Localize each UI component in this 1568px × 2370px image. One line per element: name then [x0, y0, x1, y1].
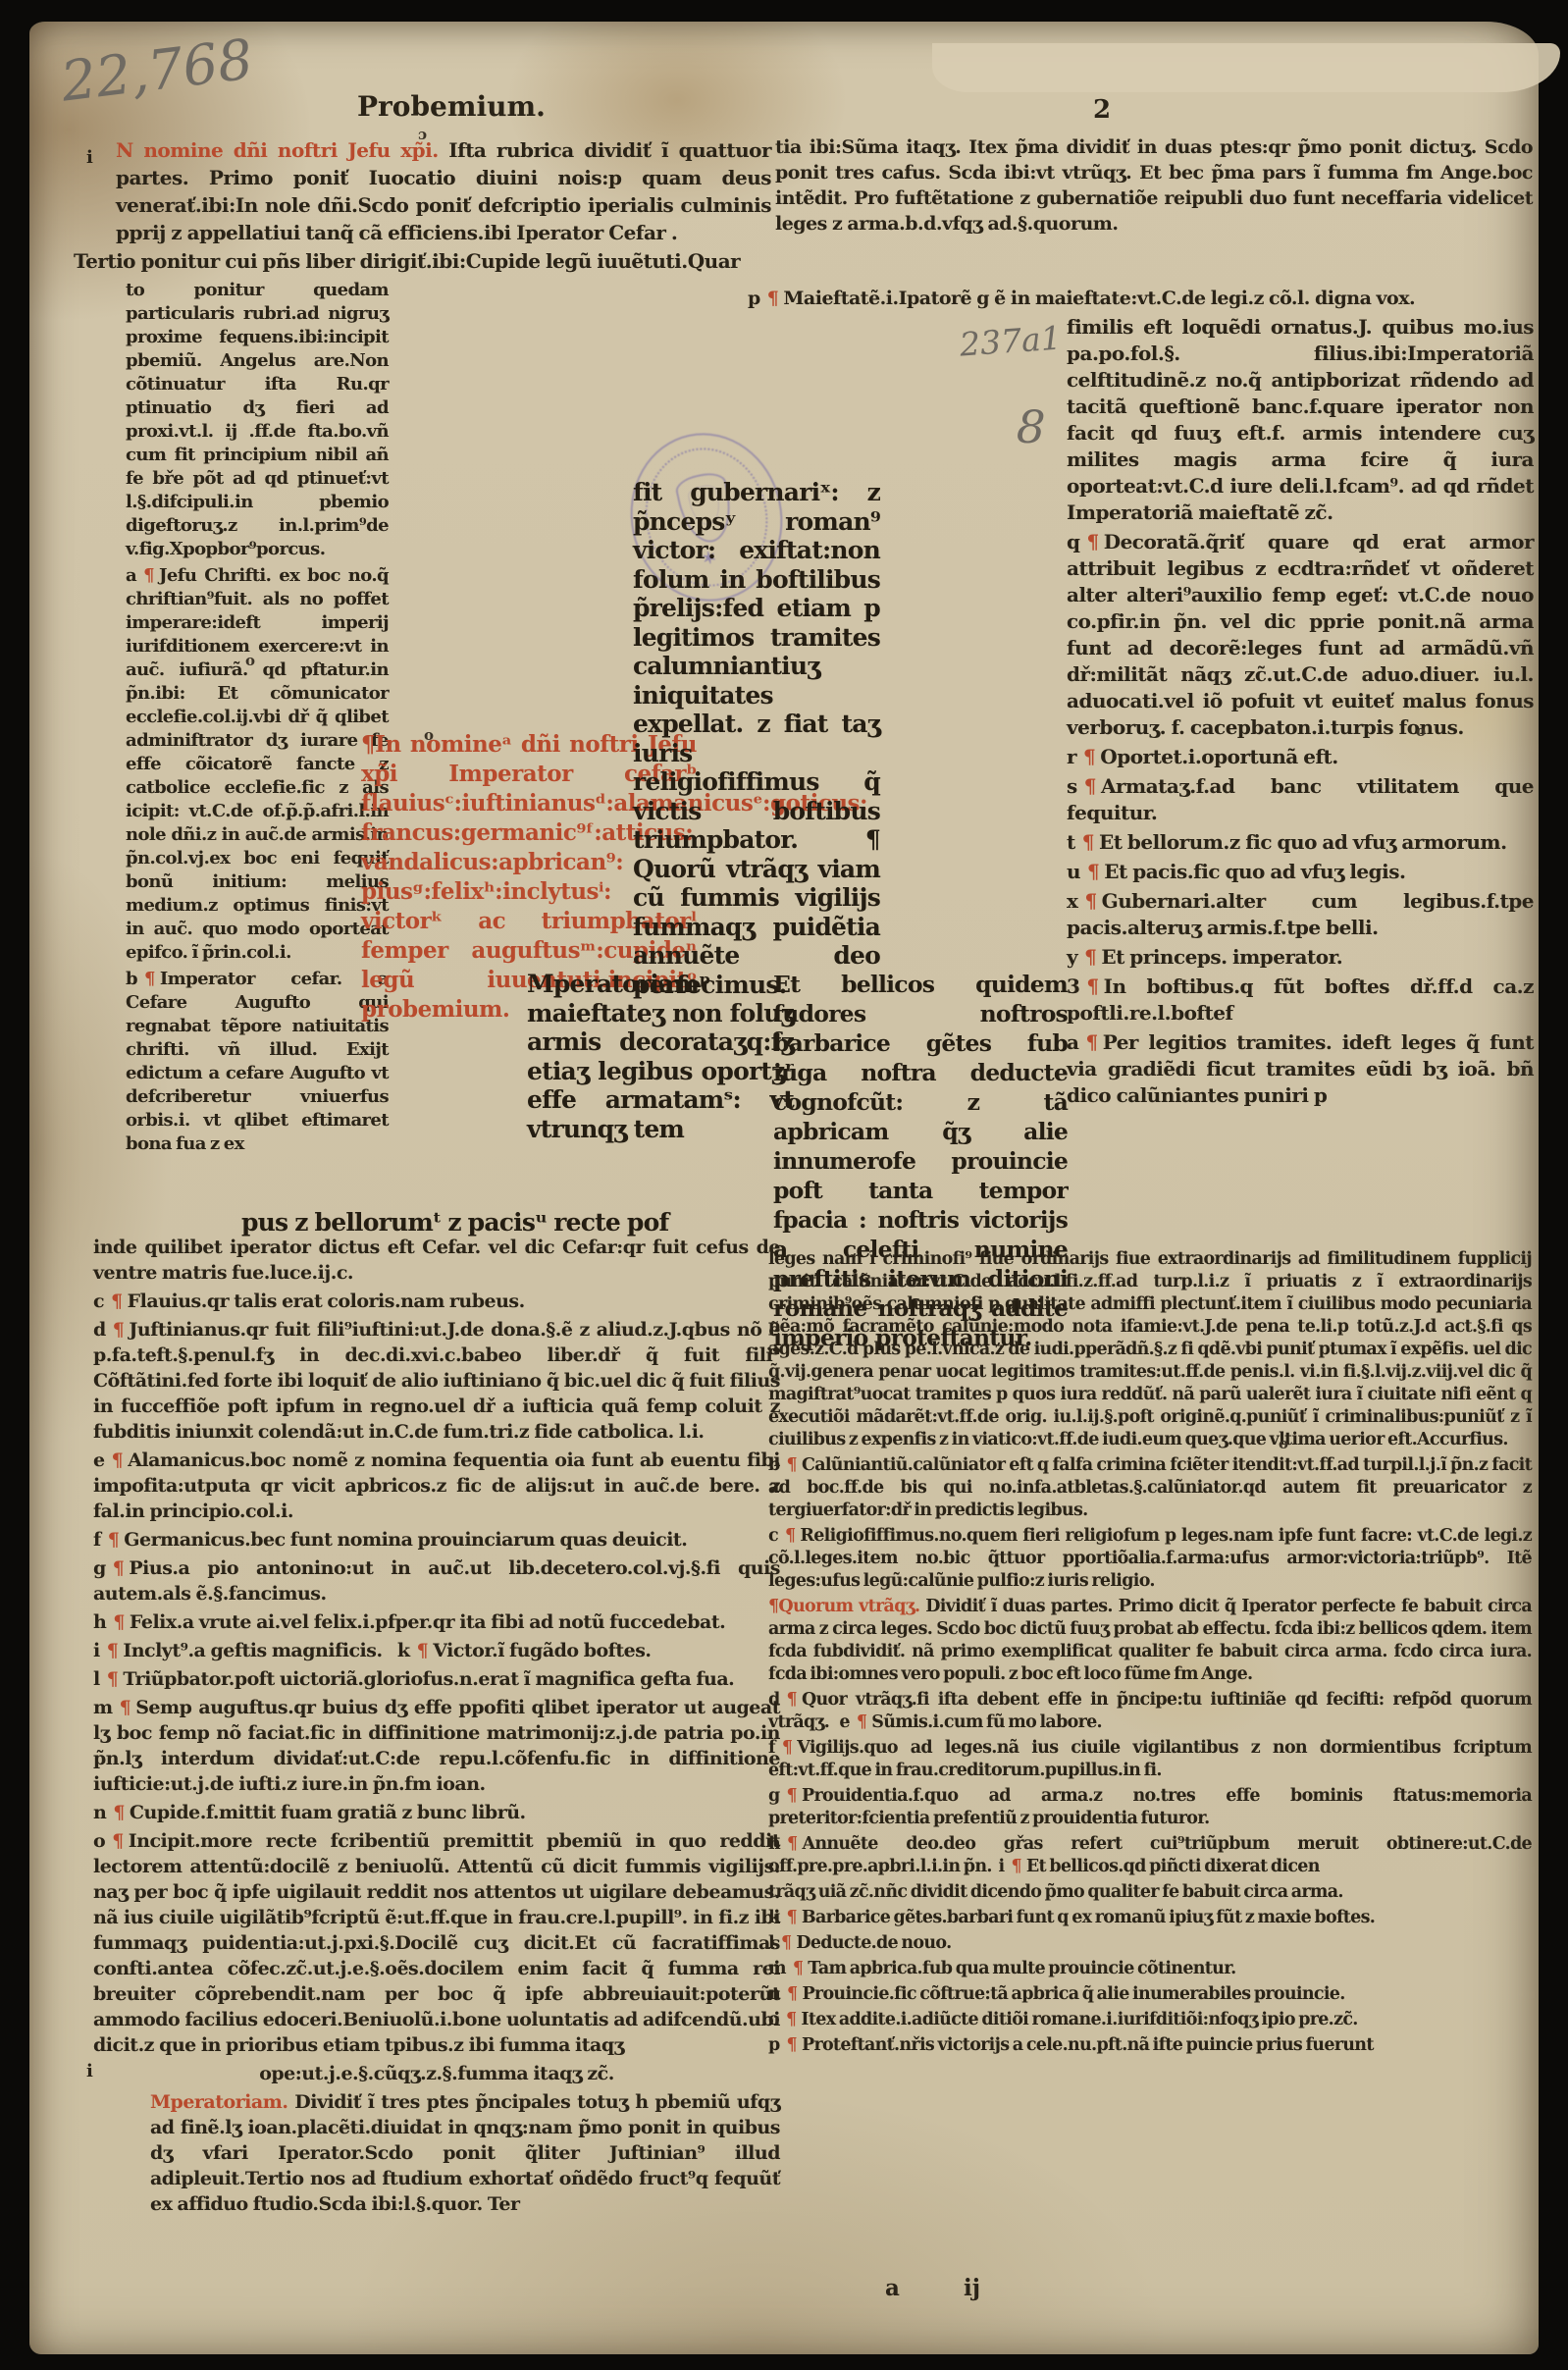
red-lemma: ¶Quorum vtrãqʒ.	[768, 1597, 919, 1616]
gloss-letter: i	[93, 1640, 107, 1661]
gloss-text: Maieftatẽ.i.Ipatorẽ g ẽ in maieftate:vt.…	[783, 288, 1415, 309]
continuation-line: trãqʒ uiã zc̃.nñc dividit dicendo p̃mo q…	[768, 1881, 1532, 1904]
gloss-letter: m	[768, 1959, 793, 1978]
pilcrow-icon: ¶	[108, 1529, 125, 1551]
right-narrow-gloss-column: fimilis eft loquẽdi ornatus.J. quibus mo…	[1067, 314, 1534, 1112]
gloss-entry-o: o¶Incipit.more recte fcribentiũ premitti…	[93, 1828, 780, 2058]
pilcrow-icon: ¶	[417, 1640, 434, 1661]
gloss-entry-g2: g¶Prouidentia.f.quo ad arma.z no.tres ef…	[768, 1785, 1532, 1830]
gloss-entry-n2: n¶Prouincie.fic cõftrue:tã apbrica q̃ al…	[768, 1983, 1532, 2006]
gloss-text: Tam apbrica.fub qua multe prouincie cõti…	[808, 1959, 1235, 1978]
pilcrow-icon: ¶	[786, 2010, 801, 2029]
gloss-text: Incipit.more recte fcribentiũ premittit …	[93, 1830, 780, 2056]
gloss-letter: q	[1067, 530, 1086, 553]
signature-letter: a	[885, 2275, 900, 2301]
gloss-letter: c	[768, 1526, 785, 1546]
pilcrow-icon: ¶	[787, 1834, 802, 1854]
gloss-letter: i	[999, 1857, 1012, 1876]
left-intro-line: Tertio ponitur cui pñs liber dirigiť.ibi…	[74, 247, 774, 275]
gloss-entry-f: f¶Germanicus.bec funt nomina prouinciaru…	[93, 1527, 780, 1553]
gloss-letter: x	[1067, 889, 1084, 913]
gloss-letter: p	[768, 2035, 787, 2055]
pilcrow-icon: ¶	[787, 1786, 802, 1806]
gloss-letter: n	[93, 1802, 113, 1823]
gloss-text: Religiofiffimus.no.quem fieri religiofum…	[768, 1526, 1532, 1591]
gloss-text: Semp auguftus.qr buius dʒ effe ppofiti q…	[93, 1697, 780, 1795]
gloss-entry-f2: f¶Vigilijs.quo ad leges.nã ius ciuile vi…	[768, 1737, 1532, 1782]
gloss-entry-a2: a¶Per legitios tramites. ideft leges q̃ …	[1067, 1029, 1534, 1109]
gloss-entry-d: d¶Juftinianus.qr fuit fili⁹iuftini:ut.J.…	[93, 1317, 780, 1445]
handwritten-numeral: 8	[1016, 400, 1046, 454]
gloss-text: Oportet.i.oportunã eft.	[1100, 745, 1337, 768]
pilcrow-icon: ¶	[113, 1611, 130, 1633]
gloss-letter: h	[768, 1834, 787, 1854]
gloss-text: Deducte.de nouo.	[796, 1933, 951, 1953]
gloss-entry-a: a¶Jefu Chrifti. ex boc no.q̃ chriftian⁹f…	[126, 564, 389, 965]
gloss-letter: y	[1067, 945, 1084, 969]
pilcrow-icon: ¶	[1084, 889, 1101, 913]
gloss-letter: e	[839, 1712, 856, 1732]
rubric-invocation: N nomine dñi noftri Jefu xp̃i.	[116, 138, 439, 162]
gloss-letter: g	[93, 1557, 113, 1579]
gloss-entry-m: m¶Semp auguftus.qr buius dʒ effe ppofiti…	[93, 1695, 780, 1797]
gloss-text: Inclyt⁹.a geftis magnificis.	[123, 1640, 382, 1661]
pilcrow-icon: ¶	[793, 1959, 808, 1978]
ink-mark: o	[424, 726, 434, 744]
pilcrow-icon: ¶	[112, 1449, 129, 1471]
gloss-letter: u	[1067, 860, 1087, 883]
gloss-letter: d	[93, 1319, 113, 1341]
pilcrow-icon: ¶	[785, 1526, 800, 1546]
pilcrow-icon: ¶	[787, 1455, 802, 1475]
gloss-text: Imperator cefar. a Cefare Augufto qui re…	[126, 969, 389, 1154]
quorum-summary: ¶Quorum vtrãqʒ. Dividiť ĩ duas partes. P…	[768, 1596, 1532, 1686]
ink-mark: o	[1279, 1435, 1288, 1452]
gloss-text: Jefu Chrifti. ex boc no.q̃ chriftian⁹fui…	[126, 565, 389, 963]
gloss-entry-y: y¶Et princeps. imperator.	[1067, 944, 1534, 971]
gloss-letter: c	[93, 1290, 111, 1312]
gloss-text: Germanicus.bec funt nomina prouinciarum …	[124, 1529, 687, 1551]
pilcrow-icon: ¶	[1085, 1030, 1102, 1054]
pilcrow-icon: ¶	[1011, 1857, 1025, 1876]
gloss-entry-z: 3¶In boftibus.q fũt boftes dř.ff.d ca.z …	[1067, 974, 1534, 1027]
gloss-entry-t: t¶Et bellorum.z fic quo ad vfuʒ armorum.	[1067, 829, 1534, 856]
pilcrow-icon: ¶	[1084, 945, 1101, 969]
gloss-letter: p	[748, 288, 767, 309]
pilcrow-icon: ¶	[787, 1690, 802, 1710]
gloss-letter: l	[768, 1933, 781, 1953]
pilcrow-icon: ¶	[113, 1319, 130, 1341]
gloss-text: Vigilijs.quo ad leges.nã ius ciuile vigi…	[768, 1738, 1532, 1780]
gloss-text: Pius.a pio antonino:ut in auc̃.ut lib.de…	[93, 1557, 780, 1605]
gloss-text: Itex addite.i.adiũcte ditiõi romane.i.iu…	[801, 2010, 1357, 2029]
gloss-b-continuation: inde quilibet iperator dictus eft Cefar.…	[93, 1235, 780, 1286]
pilcrow-icon: ¶	[113, 1557, 130, 1579]
gloss-text: Et pacis.fic quo ad vfuʒ legis.	[1104, 860, 1405, 883]
gloss-entry-s: s¶Armataʒ.f.ad banc vtilitatem que fequi…	[1067, 773, 1534, 826]
gloss-entry-b: b¶Imperator cefar. a Cefare Augufto qui …	[126, 968, 389, 1156]
gloss-text: Triũpbator.poft uictoriã.gloriofus.n.era…	[123, 1668, 734, 1690]
margin-letter: i	[86, 2061, 93, 2081]
pilcrow-icon: ¶	[1082, 830, 1099, 854]
gloss-entry-x: x¶Gubernari.alter cum legibus.f.tpe paci…	[1067, 888, 1534, 941]
pilcrow-icon: ¶	[787, 2035, 802, 2055]
pilcrow-icon: ¶	[107, 1668, 124, 1690]
right-wide-gloss-column: leges nam ĩ criminofi⁹ fiue ordinarijs f…	[768, 1248, 1532, 2060]
gloss-letter: t	[1067, 830, 1082, 854]
pilcrow-icon: ¶	[1083, 745, 1100, 768]
pilcrow-icon: ¶	[787, 1984, 802, 2004]
gloss-letter: k	[768, 1908, 786, 1927]
gloss-text: Juftinianus.qr fuit fili⁹iuftini:ut.J.de…	[93, 1319, 780, 1443]
gloss-entry-h: h¶Felix.a vrute ai.vel felix.i.pfper.qr …	[93, 1609, 780, 1635]
gloss-text: Et bellicos.qd piñcti dixerat dicen	[1026, 1857, 1320, 1876]
gloss-letter: b	[126, 969, 144, 989]
gloss-letter: a	[126, 565, 143, 586]
gloss-entry-u: u¶Et pacis.fic quo ad vfuʒ legis.	[1067, 859, 1534, 885]
gloss-letter: m	[93, 1697, 120, 1718]
gloss-entry-c: c¶Flauius.qr talis erat coloris.nam rube…	[93, 1289, 780, 1314]
gloss-letter: n	[768, 1984, 787, 2004]
gloss-entry-l: l¶Triũpbator.poft uictoriã.gloriofus.n.e…	[93, 1666, 780, 1692]
running-header: Probemium.	[357, 90, 546, 123]
gloss-entry-p2: p¶Proteftanť.nřis victorijs a cele.nu.pf…	[768, 2034, 1532, 2057]
gloss-letter: e	[93, 1449, 112, 1471]
gloss-letter: b	[768, 1455, 787, 1475]
gloss-text: Per legitios tramites. ideft leges q̃ fu…	[1067, 1030, 1534, 1107]
gloss-entry-d2-e2: d¶Quor vtrãqʒ.fi ifta debent effe in p̃n…	[768, 1689, 1532, 1734]
pilcrow-icon: ¶	[782, 1738, 797, 1758]
pilcrow-icon: ¶	[781, 1933, 796, 1953]
right-intro-paragraph: tia ibi:Sũma itaqʒ. Itex p̃ma dividiť in…	[775, 134, 1533, 237]
gloss-text: Gubernari.alter cum legibus.f.tpe pacis.…	[1067, 889, 1534, 939]
gloss-text: In boftibus.q fũt boftes dř.ff.d ca.z po…	[1067, 974, 1534, 1025]
pilcrow-icon: ¶	[1086, 974, 1103, 998]
gloss-entry-o2: o¶Itex addite.i.adiũcte ditiõi romane.i.…	[768, 2009, 1532, 2031]
pilcrow-icon: ¶	[143, 565, 159, 586]
gloss-text: Alamanicus.boc nomẽ z nomina fequentia o…	[93, 1449, 780, 1522]
pilcrow-icon: ¶	[1084, 774, 1101, 798]
pilcrow-icon: ¶	[767, 288, 784, 309]
gloss-letter: f	[93, 1529, 108, 1551]
gloss-entry-e: e¶Alamanicus.boc nomẽ z nomina fequentia…	[93, 1448, 780, 1524]
gloss-text: Armataʒ.f.ad banc vtilitatem que fequitu…	[1067, 774, 1534, 824]
gloss-letter: f	[768, 1738, 782, 1758]
operatoriam-summary: Mperatoriam. Dividiť ĩ tres ptes p̃ncipa…	[93, 2089, 780, 2217]
gloss-letter: s	[1067, 774, 1084, 798]
gloss-letter: k	[397, 1640, 417, 1661]
gloss-entry-h2-i2: h¶Annuẽte deo.deo gřas refert cui⁹triũpb…	[768, 1833, 1532, 1878]
gloss-letter: r	[1067, 745, 1083, 768]
gloss-letter: 3	[1067, 974, 1086, 998]
pilcrow-icon: ¶	[786, 1908, 801, 1927]
pilcrow-icon: ¶	[111, 1290, 128, 1312]
gloss-letter: l	[93, 1668, 107, 1690]
pilcrow-icon: ¶	[144, 969, 160, 989]
gloss-text: Et bellorum.z fic quo ad vfuʒ armorum.	[1099, 830, 1507, 854]
gloss-letter: d	[768, 1690, 787, 1710]
institutes-text-opening: Mperatoriamᵖ maieftateʒ non foluʒ armis …	[527, 970, 794, 1143]
left-wide-gloss-column: inde quilibet iperator dictus eft Cefar.…	[93, 1235, 780, 2220]
signature-numeral: ij	[964, 2275, 980, 2301]
gloss-entry-n: n¶Cupide.f.mittit fuam gratiã z bunc lib…	[93, 1800, 780, 1825]
gloss-entry-r: r¶Oportet.i.oportunã eft.	[1067, 744, 1534, 770]
gloss-entry-g: g¶Pius.a pio antonino:ut in auc̃.ut lib.…	[93, 1555, 780, 1606]
gloss-entry-c2: c¶Religiofiffimus.no.quem fieri religiof…	[768, 1525, 1532, 1593]
gloss-text: Cupide.f.mittit fuam gratiã z bunc librũ…	[130, 1802, 526, 1823]
gloss-letter: o	[93, 1830, 112, 1852]
red-lemma: Mperatoriam.	[150, 2091, 287, 2113]
institutes-text-wide-line: pus z bellorumᵗ z pacisᵘ recte pof	[241, 1208, 791, 1238]
pilcrow-icon: ¶	[857, 1712, 871, 1732]
gloss-entry-q: q¶Decoratã.q̃riť quare qd erat armor att…	[1067, 529, 1534, 741]
left-intro-paragraph: N nomine dñi noftri Jefu xp̃i. Ifta rubr…	[116, 136, 771, 246]
ink-mark: o	[245, 652, 255, 669]
gloss-text: Prouidentia.f.quo ad arma.z no.tres effe…	[768, 1786, 1532, 1828]
pilcrow-icon: ¶	[112, 1830, 129, 1852]
gloss-p-continuation: fimilis eft loquẽdi ornatus.J. quibus mo…	[1067, 314, 1534, 526]
gloss-text: Barbarice gẽtes.barbari funt q ex romanũ…	[802, 1908, 1375, 1927]
gloss-text: Decoratã.q̃riť quare qd erat armor attri…	[1067, 530, 1534, 739]
gloss-letter: g	[768, 1786, 787, 1806]
gloss-text: Sũmis.i.cum fũ mo labore.	[871, 1712, 1102, 1732]
pilcrow-icon: ¶	[1086, 530, 1103, 553]
gloss-text: Proteftanť.nřis victorijs a cele.nu.pft.…	[802, 2035, 1374, 2055]
scanned-book-photo: Probemium. ɔ 2 22,768 237a1 8 ✶ i N nomi…	[0, 0, 1568, 2370]
gloss-letter: a	[1067, 1030, 1085, 1054]
gloss-text: Prouincie.fic cõftrue:tã apbrica q̃ alie…	[802, 1984, 1344, 2004]
gloss-entry-p-lead: p¶Maieftatẽ.i.Ipatorẽ g ẽ in maieftate:v…	[748, 286, 1533, 311]
gloss-text: Felix.a vrute ai.vel felix.i.pfper.qr it…	[130, 1611, 725, 1633]
gloss-text: Flauius.qr talis erat coloris.nam rubeus…	[128, 1290, 525, 1312]
pilcrow-icon: ¶	[120, 1697, 136, 1718]
gloss-text: Et princeps. imperator.	[1101, 945, 1342, 969]
handwritten-shelfmark: 237a1	[959, 318, 1063, 363]
institutes-text-right-column: fit gubernariˣ: z p̃ncepsʸ roman⁹ victor…	[633, 478, 880, 999]
gloss-entry-k2: k¶Barbarice gẽtes.barbari funt q ex roma…	[768, 1907, 1532, 1929]
pilcrow-icon: ¶	[113, 1802, 130, 1823]
gloss-entry-i-k: i¶Inclyt⁹.a geftis magnificis. k¶Victor.…	[93, 1638, 780, 1663]
gloss-letter: o	[768, 2010, 786, 2029]
calumnia-block: leges nam ĩ criminofi⁹ fiue ordinarijs f…	[768, 1248, 1532, 1451]
gloss-letter: h	[93, 1611, 113, 1633]
pilcrow-icon: ¶	[107, 1640, 124, 1661]
torn-top-edge	[932, 43, 1560, 92]
gloss-entry-m2: m¶Tam apbrica.fub qua multe prouincie cõ…	[768, 1958, 1532, 1980]
folio-number: 2	[1093, 95, 1111, 125]
gloss-continuation: to ponitur quedam particularis rubri.ad …	[126, 279, 389, 561]
margin-letter: i	[86, 147, 93, 168]
gloss-entry-l2: l¶Deducte.de nouo.	[768, 1932, 1532, 1955]
pilcrow-icon: ¶	[1087, 860, 1104, 883]
ink-mark: o	[1416, 722, 1426, 740]
gloss-text: Victor.ĩ fugãdo boftes.	[433, 1640, 651, 1661]
centered-citation-line: ope:ut.j.e.§.cũqʒ.z.§.fumma itaqʒ zc̃.	[93, 2061, 780, 2086]
left-narrow-gloss-column: to ponitur quedam particularis rubri.ad …	[126, 279, 389, 1159]
gloss-text: Calũniantiũ.calũniator eft q falfa crimi…	[768, 1455, 1532, 1520]
gloss-entry-b2: b¶Calũniantiũ.calũniator eft q falfa cri…	[768, 1454, 1532, 1522]
